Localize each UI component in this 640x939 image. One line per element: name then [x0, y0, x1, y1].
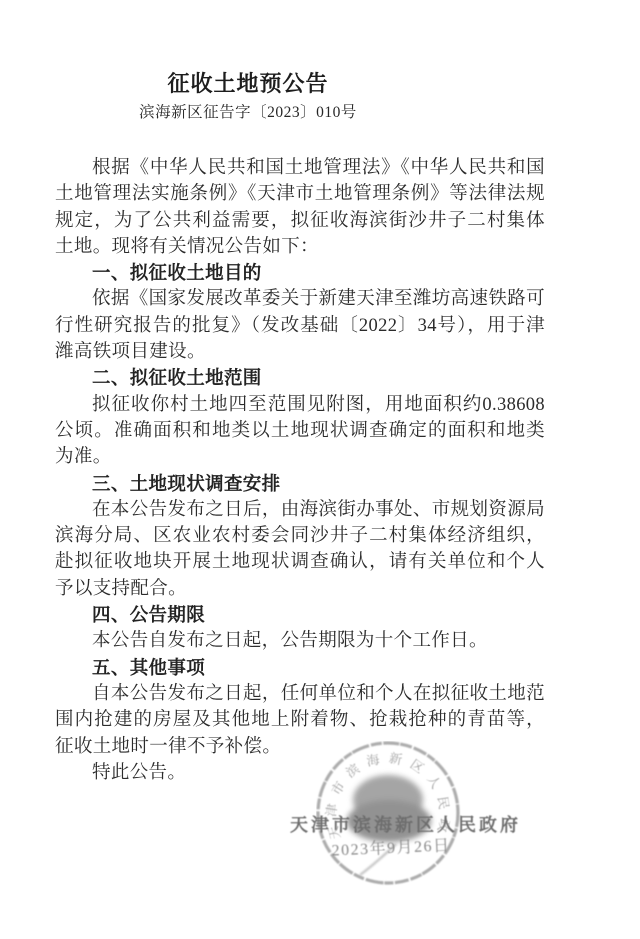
section-1-paragraph: 依据《国家发展改革委关于新建天津至潍坊高速铁路可行性研究报告的批复》（发改基础〔… [55, 286, 545, 365]
section-5-paragraph: 自本公告发布之日起，任何单位和个人在拟征收土地范围内抢建的房屋及其他地上附着物、… [55, 681, 545, 760]
section-1-heading: 一、拟征收土地目的 [55, 260, 545, 286]
closing-paragraph: 特此公告。 [55, 760, 545, 786]
document-body: 根据《中华人民共和国土地管理法》《中华人民共和国土地管理法实施条例》《天津市土地… [55, 155, 545, 786]
page-title: 征收土地预公告 [3, 67, 493, 98]
section-2-heading: 二、拟征收土地范围 [55, 365, 545, 391]
document-number: 滨海新区征告字〔2023〕010号 [3, 100, 493, 122]
section-5-heading: 五、其他事项 [55, 655, 545, 681]
section-4-paragraph: 本公告自发布之日起，公告期限为十个工作日。 [55, 628, 545, 654]
intro-paragraph: 根据《中华人民共和国土地管理法》《中华人民共和国土地管理法实施条例》《天津市土地… [55, 155, 545, 260]
section-3-heading: 三、土地现状调查安排 [55, 471, 545, 497]
section-3-paragraph: 在本公告发布之日后，由海滨街办事处、市规划资源局滨海分局、区农业农村委会同沙井子… [55, 497, 545, 602]
section-4-heading: 四、公告期限 [55, 602, 545, 628]
scanned-document-page: 征收土地预公告 滨海新区征告字〔2023〕010号 根据《中华人民共和国土地管理… [0, 0, 640, 939]
section-2-paragraph: 拟征收你村土地四至范围见附图，用地面积约0.38608公顷。准确面积和地类以土地… [55, 392, 545, 471]
